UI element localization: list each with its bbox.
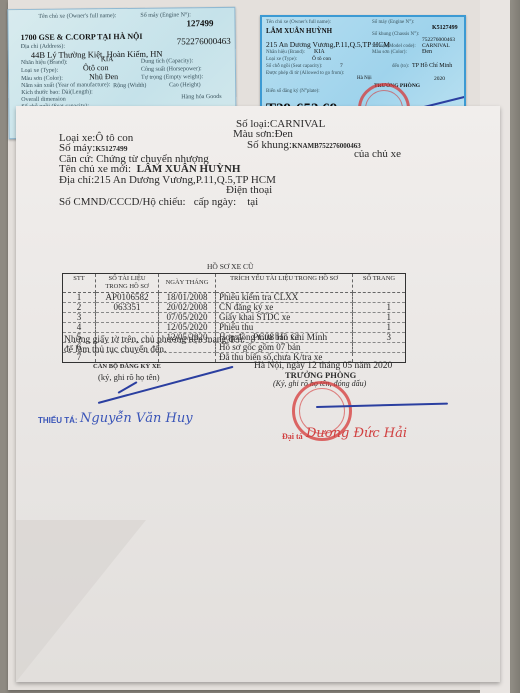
- old-color: Nhũ Đen: [89, 72, 118, 81]
- chassis-field: Số khung:KNAMB752276000463: [247, 139, 361, 151]
- engine-value: K5127499: [95, 144, 127, 153]
- table-row: 412/05/2020Phiếu thu1: [63, 323, 406, 333]
- old-brand: KIA: [101, 55, 114, 63]
- label-to: đến (to):: [392, 64, 409, 69]
- right-signer-rank: Đại tá: [282, 432, 303, 441]
- row-pages: 1: [353, 303, 406, 313]
- row-pages: [353, 343, 406, 353]
- header-pages: SỐ TRANG: [353, 274, 406, 293]
- header-summary: TRÍCH YẾU TÀI LIỆU TRONG HỒ SƠ: [216, 274, 353, 293]
- label-height: Cao (Height): [169, 82, 201, 88]
- row-date: 12/05/2020: [159, 323, 216, 333]
- row-date: 20/02/2008: [159, 303, 216, 313]
- old-engine-number: 127499: [186, 18, 213, 28]
- label-model: Số loại (Model code):: [372, 44, 416, 49]
- id-field: Số CMND/CCCD/Hộ chiếu: cấp ngày: tại: [59, 196, 258, 208]
- label-empty-weight: Tự trọng (Empty weight):: [141, 74, 203, 81]
- chassis-value: KNAMB752276000463: [292, 142, 361, 150]
- label-color: Màu sơn (Color):: [372, 50, 407, 55]
- label-plate: Biển số đăng ký (N°plate):: [266, 89, 320, 94]
- row-summary: Phiếu thu: [216, 323, 353, 333]
- new-color: Đen: [422, 49, 432, 55]
- header-stt: STT: [63, 274, 96, 293]
- row-pages: 3: [353, 333, 406, 343]
- row-stt: 2: [63, 303, 96, 313]
- label-year: Năm sản xuất (Year of manufacture):: [21, 82, 110, 89]
- new-brand: KIA: [314, 49, 325, 55]
- page-fold-corner: [16, 520, 146, 682]
- right-signer-name: Dương Đức Hải: [306, 426, 407, 441]
- handover-text: Những giấy tờ trên, chủ phương tiện mang…: [64, 335, 245, 345]
- left-signer-title: CÁN BỘ ĐĂNG KÝ XE: [93, 363, 161, 370]
- table-title: HỒ SƠ XE CŨ: [207, 262, 253, 271]
- row-summary: CN đăng ký xe: [216, 303, 353, 313]
- id-label: Số CMND/CCCD/Hộ chiếu:: [59, 196, 186, 208]
- row-doc-no: [96, 323, 159, 333]
- row-summary: Phiếu kiểm tra CLXX: [216, 293, 353, 303]
- left-signer-name: Nguyễn Văn Huy: [80, 411, 193, 426]
- label-allowed: Được phép đi từ (Allowed to go from):: [266, 71, 344, 76]
- row-pages: 1: [353, 313, 406, 323]
- left-signer-note: (ký, ghi rõ họ tên): [98, 372, 160, 382]
- new-vehicle-type: Ô tô con: [312, 56, 331, 62]
- row-stt: 1: [63, 293, 96, 303]
- handover-destination: PC08 Hồ Chí Minh: [253, 333, 327, 343]
- old-vehicle-type: Ôtô con: [83, 63, 109, 72]
- chassis-label: Số khung:: [247, 139, 292, 151]
- label-power: Công suất (Horsepower):: [141, 66, 202, 73]
- label-engine: Số máy (Engine N°):: [372, 20, 414, 25]
- old-owner-name: 1700 GSE & C.CORP TẠI HÀ NỘI: [21, 32, 143, 42]
- issue-place-label: tại: [247, 196, 258, 208]
- issue-date-label: cấp ngày:: [194, 196, 236, 208]
- label-brand: Nhãn hiệu (Brand):: [21, 60, 68, 66]
- row-stt: 3: [63, 313, 96, 323]
- header-doc-no: SỐ TÀI LIỆU TRONG HỒ SƠ: [96, 274, 159, 293]
- label-width: Rộng (Width): [113, 83, 146, 89]
- label-brand: Nhãn hiệu (Brand):: [266, 50, 305, 55]
- row-date: 07/05/2020: [159, 313, 216, 323]
- label-dimensions: Kích thước bao: Dài(Length):: [21, 89, 93, 96]
- label-seats: Số chỗ ngồi (Seat capacity):: [266, 64, 322, 69]
- table-row: 206335120/02/2008CN đăng ký xe1: [63, 303, 406, 313]
- label-engine: Số máy (Engine N°):: [140, 12, 191, 19]
- old-chassis-number: 752276000463: [177, 36, 231, 47]
- label-overall: Overall dimension: [21, 97, 66, 103]
- new-date-year: 2020: [434, 76, 445, 82]
- label-owner: Tên chủ xe (Owner's full name):: [38, 13, 116, 20]
- row-doc-no: AP0106582: [96, 293, 159, 303]
- handover-purpose: để làm thủ tục chuyển đến.: [64, 345, 166, 355]
- label-color: Màu sơn (Color):: [21, 76, 63, 82]
- new-city: Hà Nội: [357, 76, 372, 81]
- of-owner-text: của chủ xe: [354, 148, 401, 160]
- row-doc-no: 063351: [96, 303, 159, 313]
- row-summary: Giấy khai STDC xe: [216, 313, 353, 323]
- address-label: Địa chỉ:: [59, 174, 94, 186]
- new-seats: 7: [340, 63, 343, 69]
- new-registration-card: Tên chủ xe (Owner's full name): Số máy (…: [260, 15, 466, 117]
- left-signer-rank: THIẾU TÁ:: [38, 416, 78, 425]
- row-date: 18/01/2008: [159, 293, 216, 303]
- table-row: 307/05/2020Giấy khai STDC xe1: [63, 313, 406, 323]
- row-date: [159, 353, 216, 363]
- new-engine-number: K5127499: [432, 25, 458, 31]
- new-issued-at: TP Hồ Chí Minh: [412, 63, 452, 69]
- label-chassis: Số khung (Chassis N°):: [372, 32, 419, 37]
- row-stt: 4: [63, 323, 96, 333]
- label-owner: Tên chủ xe (Owner's full name):: [266, 20, 331, 25]
- header-date: NGÀY THÁNG: [159, 274, 216, 293]
- label-type: Loại xe (Type):: [266, 57, 297, 62]
- row-doc-no: [96, 313, 159, 323]
- table-row: 1AP010658218/01/2008Phiếu kiểm tra CLXX: [63, 293, 406, 303]
- label-type: Loại xe (Type):: [21, 68, 58, 74]
- row-pages: [353, 293, 406, 303]
- row-pages: 1: [353, 323, 406, 333]
- label-goods: Hàng hóa Goods: [181, 94, 221, 100]
- new-owner-name: LÂM XUÂN HUỲNH: [266, 27, 332, 35]
- phone-label: Điện thoại: [226, 184, 272, 196]
- label-capacity: Dung tích (Capacity):: [141, 58, 193, 65]
